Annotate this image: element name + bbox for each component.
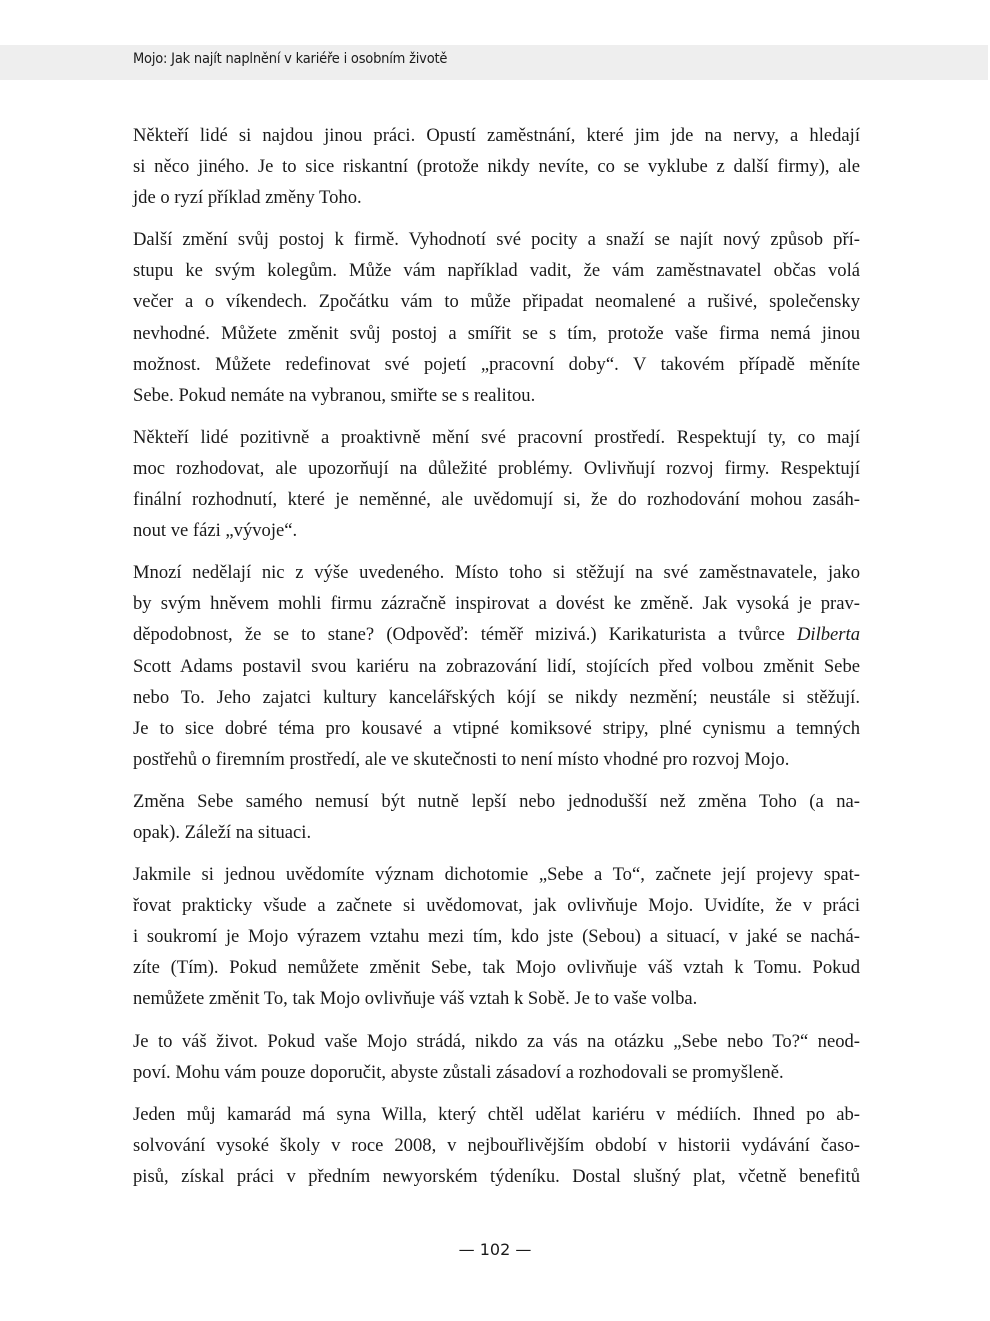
text-line: by svým hněvem mohli firmu zázračně insp… xyxy=(133,588,860,619)
text-line: Změna Sebe samého nemusí být nutně lepší… xyxy=(133,786,860,817)
book-title-italic: Dilberta xyxy=(797,624,860,645)
text-line: možnost. Můžete redefinovat své pojetí „… xyxy=(133,349,860,380)
text-line: zíte (Tím). Pokud nemůžete změnit Sebe, … xyxy=(133,952,860,983)
text-line: finální rozhodnutí, které je neměnné, al… xyxy=(133,484,860,515)
running-title: Mojo: Jak najít naplnění v kariéře i oso… xyxy=(133,51,447,67)
text-line: Scott Adams postavil svou kariéru na zob… xyxy=(133,651,860,682)
running-header: Mojo: Jak najít naplnění v kariéře i oso… xyxy=(0,45,988,80)
text-line: si něco jiného. Je to sice riskantní (pr… xyxy=(133,151,860,182)
paragraph-3: Někteří lidé pozitivně a proaktivně mění… xyxy=(133,422,860,546)
text-line: večer a o víkendech. Zpočátku vám to můž… xyxy=(133,286,860,317)
text-line: Někteří lidé pozitivně a proaktivně mění… xyxy=(133,422,860,453)
text-line: stupu ke svým kolegům. Může vám napříkla… xyxy=(133,255,860,286)
text-line: moc rozhodovat, ale upozorňují na důleži… xyxy=(133,453,860,484)
text-line: jde o ryzí příklad změny Toho. xyxy=(133,182,860,213)
text-line: nebo To. Jeho zajatci kultury kancelářsk… xyxy=(133,682,860,713)
text-line: nevhodné. Můžete změnit svůj postoj a sm… xyxy=(133,318,860,349)
paragraph-7: Je to váš život. Pokud vaše Mojo strádá,… xyxy=(133,1026,860,1088)
text-line: řovat prakticky všude a začnete si uvědo… xyxy=(133,890,860,921)
text-segment: děpodobnost, že se to stane? (Odpověď: t… xyxy=(133,624,797,645)
text-line: Někteří lidé si najdou jinou práci. Opus… xyxy=(133,120,860,151)
page-number: — 102 — xyxy=(0,1240,990,1259)
paragraph-1: Někteří lidé si najdou jinou práci. Opus… xyxy=(133,120,860,213)
paragraph-2: Další změní svůj postoj k firmě. Vyhodno… xyxy=(133,224,860,411)
text-line: pisů, získal práci v předním newyorském … xyxy=(133,1161,860,1192)
paragraph-6: Jakmile si jednou uvědomíte význam dicho… xyxy=(133,859,860,1014)
body-text: Někteří lidé si najdou jinou práci. Opus… xyxy=(133,120,860,1203)
text-line: opak). Záleží na situaci. xyxy=(133,817,860,848)
text-line: nout ve fázi „vývoje“. xyxy=(133,515,860,546)
text-line: poví. Mohu vám pouze doporučit, abyste z… xyxy=(133,1057,860,1088)
text-line: Je to sice dobré téma pro kousavé a vtip… xyxy=(133,713,860,744)
text-line: Další změní svůj postoj k firmě. Vyhodno… xyxy=(133,224,860,255)
text-line: Jeden můj kamarád má syna Willa, který c… xyxy=(133,1099,860,1130)
text-line-with-italic: děpodobnost, že se to stane? (Odpověď: t… xyxy=(133,619,860,650)
text-line: postřehů o firemním prostředí, ale ve sk… xyxy=(133,744,860,775)
text-line: nemůžete změnit To, tak Mojo ovlivňuje v… xyxy=(133,983,860,1014)
paragraph-5: Změna Sebe samého nemusí být nutně lepší… xyxy=(133,786,860,848)
text-line: i soukromí je Mojo výrazem vztahu mezi t… xyxy=(133,921,860,952)
paragraph-4: Mnozí nedělají nic z výše uvedeného. Mís… xyxy=(133,557,860,775)
text-line: Mnozí nedělají nic z výše uvedeného. Mís… xyxy=(133,557,860,588)
paragraph-8: Jeden můj kamarád má syna Willa, který c… xyxy=(133,1099,860,1192)
text-line: Je to váš život. Pokud vaše Mojo strádá,… xyxy=(133,1026,860,1057)
text-line: Sebe. Pokud nemáte na vybranou, smiřte s… xyxy=(133,380,860,411)
text-line: Jakmile si jednou uvědomíte význam dicho… xyxy=(133,859,860,890)
text-line: solvování vysoké školy v roce 2008, v ne… xyxy=(133,1130,860,1161)
